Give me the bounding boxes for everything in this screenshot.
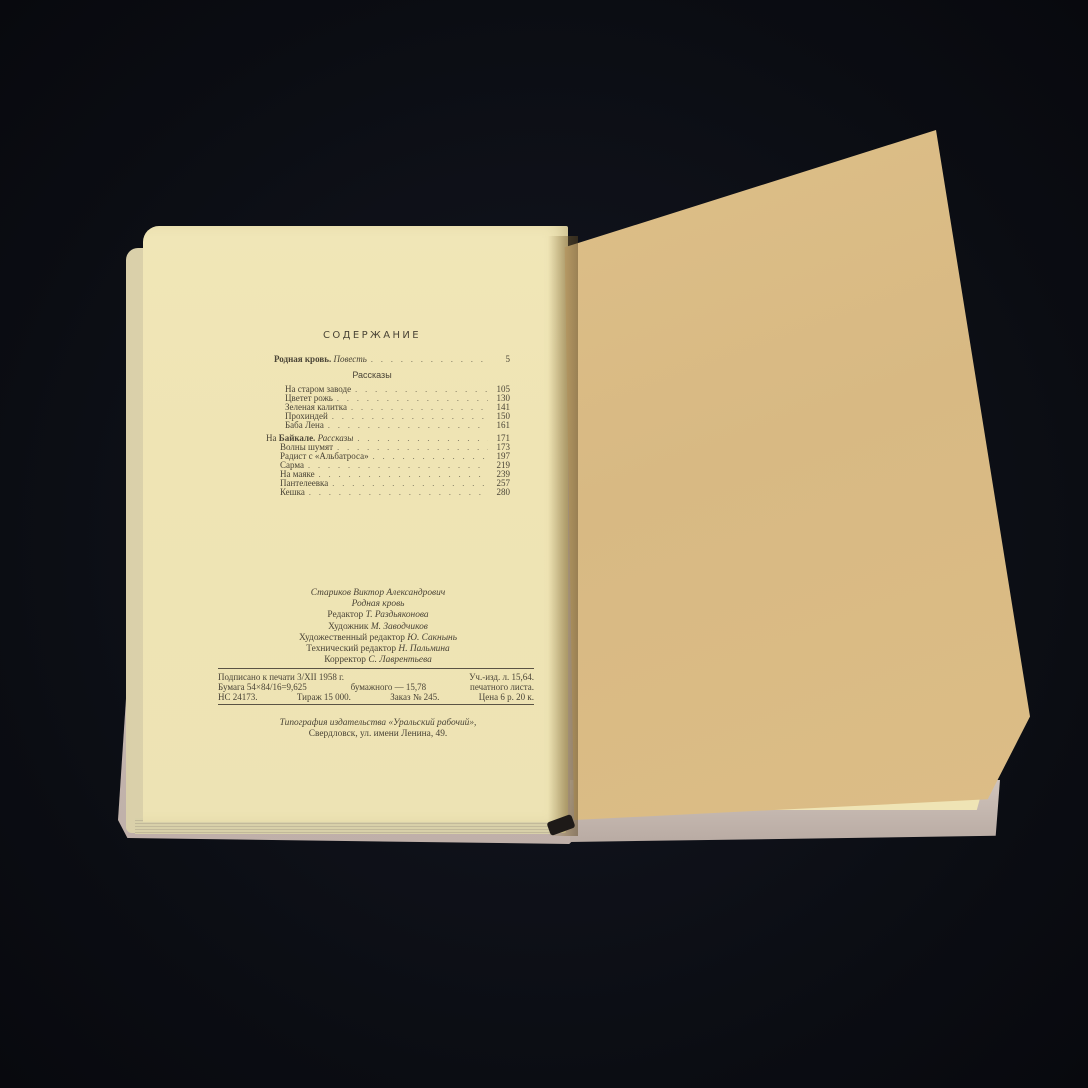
toc-item: Кешка . . . . . . . . . . . . . . . . . … xyxy=(280,487,510,498)
proofreader-line: Корректор С. Лаврентьева xyxy=(218,655,538,666)
editor-line: Редактор Т. Раздьяконова xyxy=(218,610,538,621)
toc-item: Баба Лена . . . . . . . . . . . . . . . … xyxy=(285,420,510,431)
credit-label: Корректор xyxy=(324,655,366,665)
imprint-line-2: Бумага 54×84/16=9,625 бумажного — 15,78 … xyxy=(218,682,534,692)
toc-item-title: Кешка xyxy=(280,487,309,497)
credit-label: Художник xyxy=(328,622,368,632)
credit-name: С. Лаврентьева xyxy=(368,655,431,665)
credit-label: Технический редактор xyxy=(306,644,396,654)
toc-main-entry: Родная кровь. Повесть . . . . . . . . . … xyxy=(274,354,510,365)
tech-editor-line: Технический редактор Н. Пальмина xyxy=(218,644,538,655)
leader-dots: . . . . . . . . . . . . . . . . . . . . … xyxy=(328,421,488,431)
leader-dots: . . . . . . . . . . . . . . . . . . . . … xyxy=(371,355,488,365)
toc-main-title: Родная кровь. xyxy=(274,354,331,364)
author-name: Стариков Виктор Александрович xyxy=(218,588,538,599)
colophon-credits: Стариков Виктор Александрович Родная кро… xyxy=(218,588,538,666)
printer-line-1: Типография издательства «Уральский рабоч… xyxy=(218,718,538,729)
toc-title: СОДЕРЖАНИЕ xyxy=(212,330,532,341)
heading-prefix: На xyxy=(266,433,277,443)
artist-line: Художник М. Заводчиков xyxy=(218,622,538,633)
imprint-text: бумажного — 15,78 xyxy=(351,682,427,692)
credit-name: Ю. Сакнынь xyxy=(407,633,457,643)
imprint-text: НС 24173. xyxy=(218,692,258,702)
imprint-text: Цена 6 р. 20 к. xyxy=(479,692,534,702)
imprint-text: Тираж 15 000. xyxy=(297,692,351,702)
printer-line-2: Свердловск, ул. имени Ленина, 49. xyxy=(218,729,538,740)
imprint-text: Уч.-изд. л. 15,64. xyxy=(469,672,534,682)
toc-item-title: Баба Лена xyxy=(285,420,328,430)
leader-dots: . . . . . . . . . . . . . . . . . . . . … xyxy=(309,488,488,498)
credit-name: Т. Раздьяконова xyxy=(366,610,429,620)
toc-main-subtitle: Повесть xyxy=(333,354,366,364)
credit-name: М. Заводчиков xyxy=(371,622,428,632)
imprint-line-1: Подписано к печати 3/XII 1958 г. Уч.-изд… xyxy=(218,672,534,682)
toc-page-number: 5 xyxy=(488,354,510,364)
imprint-line-3: НС 24173. Тираж 15 000. Заказ № 245. Цен… xyxy=(218,692,534,702)
imprint-text: Заказ № 245. xyxy=(390,692,439,702)
imprint-text: печатного листа. xyxy=(470,682,534,692)
imprint-text: Бумага 54×84/16=9,625 xyxy=(218,682,307,692)
toc-page-number: 280 xyxy=(488,487,510,497)
toc-page-number: 161 xyxy=(488,420,510,430)
credit-label: Редактор xyxy=(327,610,363,620)
photo-scene: СОДЕРЖАНИЕ Родная кровь. Повесть . . . .… xyxy=(0,0,1088,1088)
printer-info: Типография издательства «Уральский рабоч… xyxy=(218,718,538,740)
print-imprint: Подписано к печати 3/XII 1958 г. Уч.-изд… xyxy=(218,668,534,705)
spine-shadow xyxy=(548,236,578,836)
credit-label: Художественный редактор xyxy=(299,633,405,643)
art-editor-line: Художественный редактор Ю. Сакнынь xyxy=(218,633,538,644)
imprint-text: Подписано к печати 3/XII 1958 г. xyxy=(218,672,344,682)
section-heading-stories: Рассказы xyxy=(212,370,532,380)
book-title: Родная кровь xyxy=(218,599,538,610)
credit-name: Н. Пальмина xyxy=(398,644,449,654)
